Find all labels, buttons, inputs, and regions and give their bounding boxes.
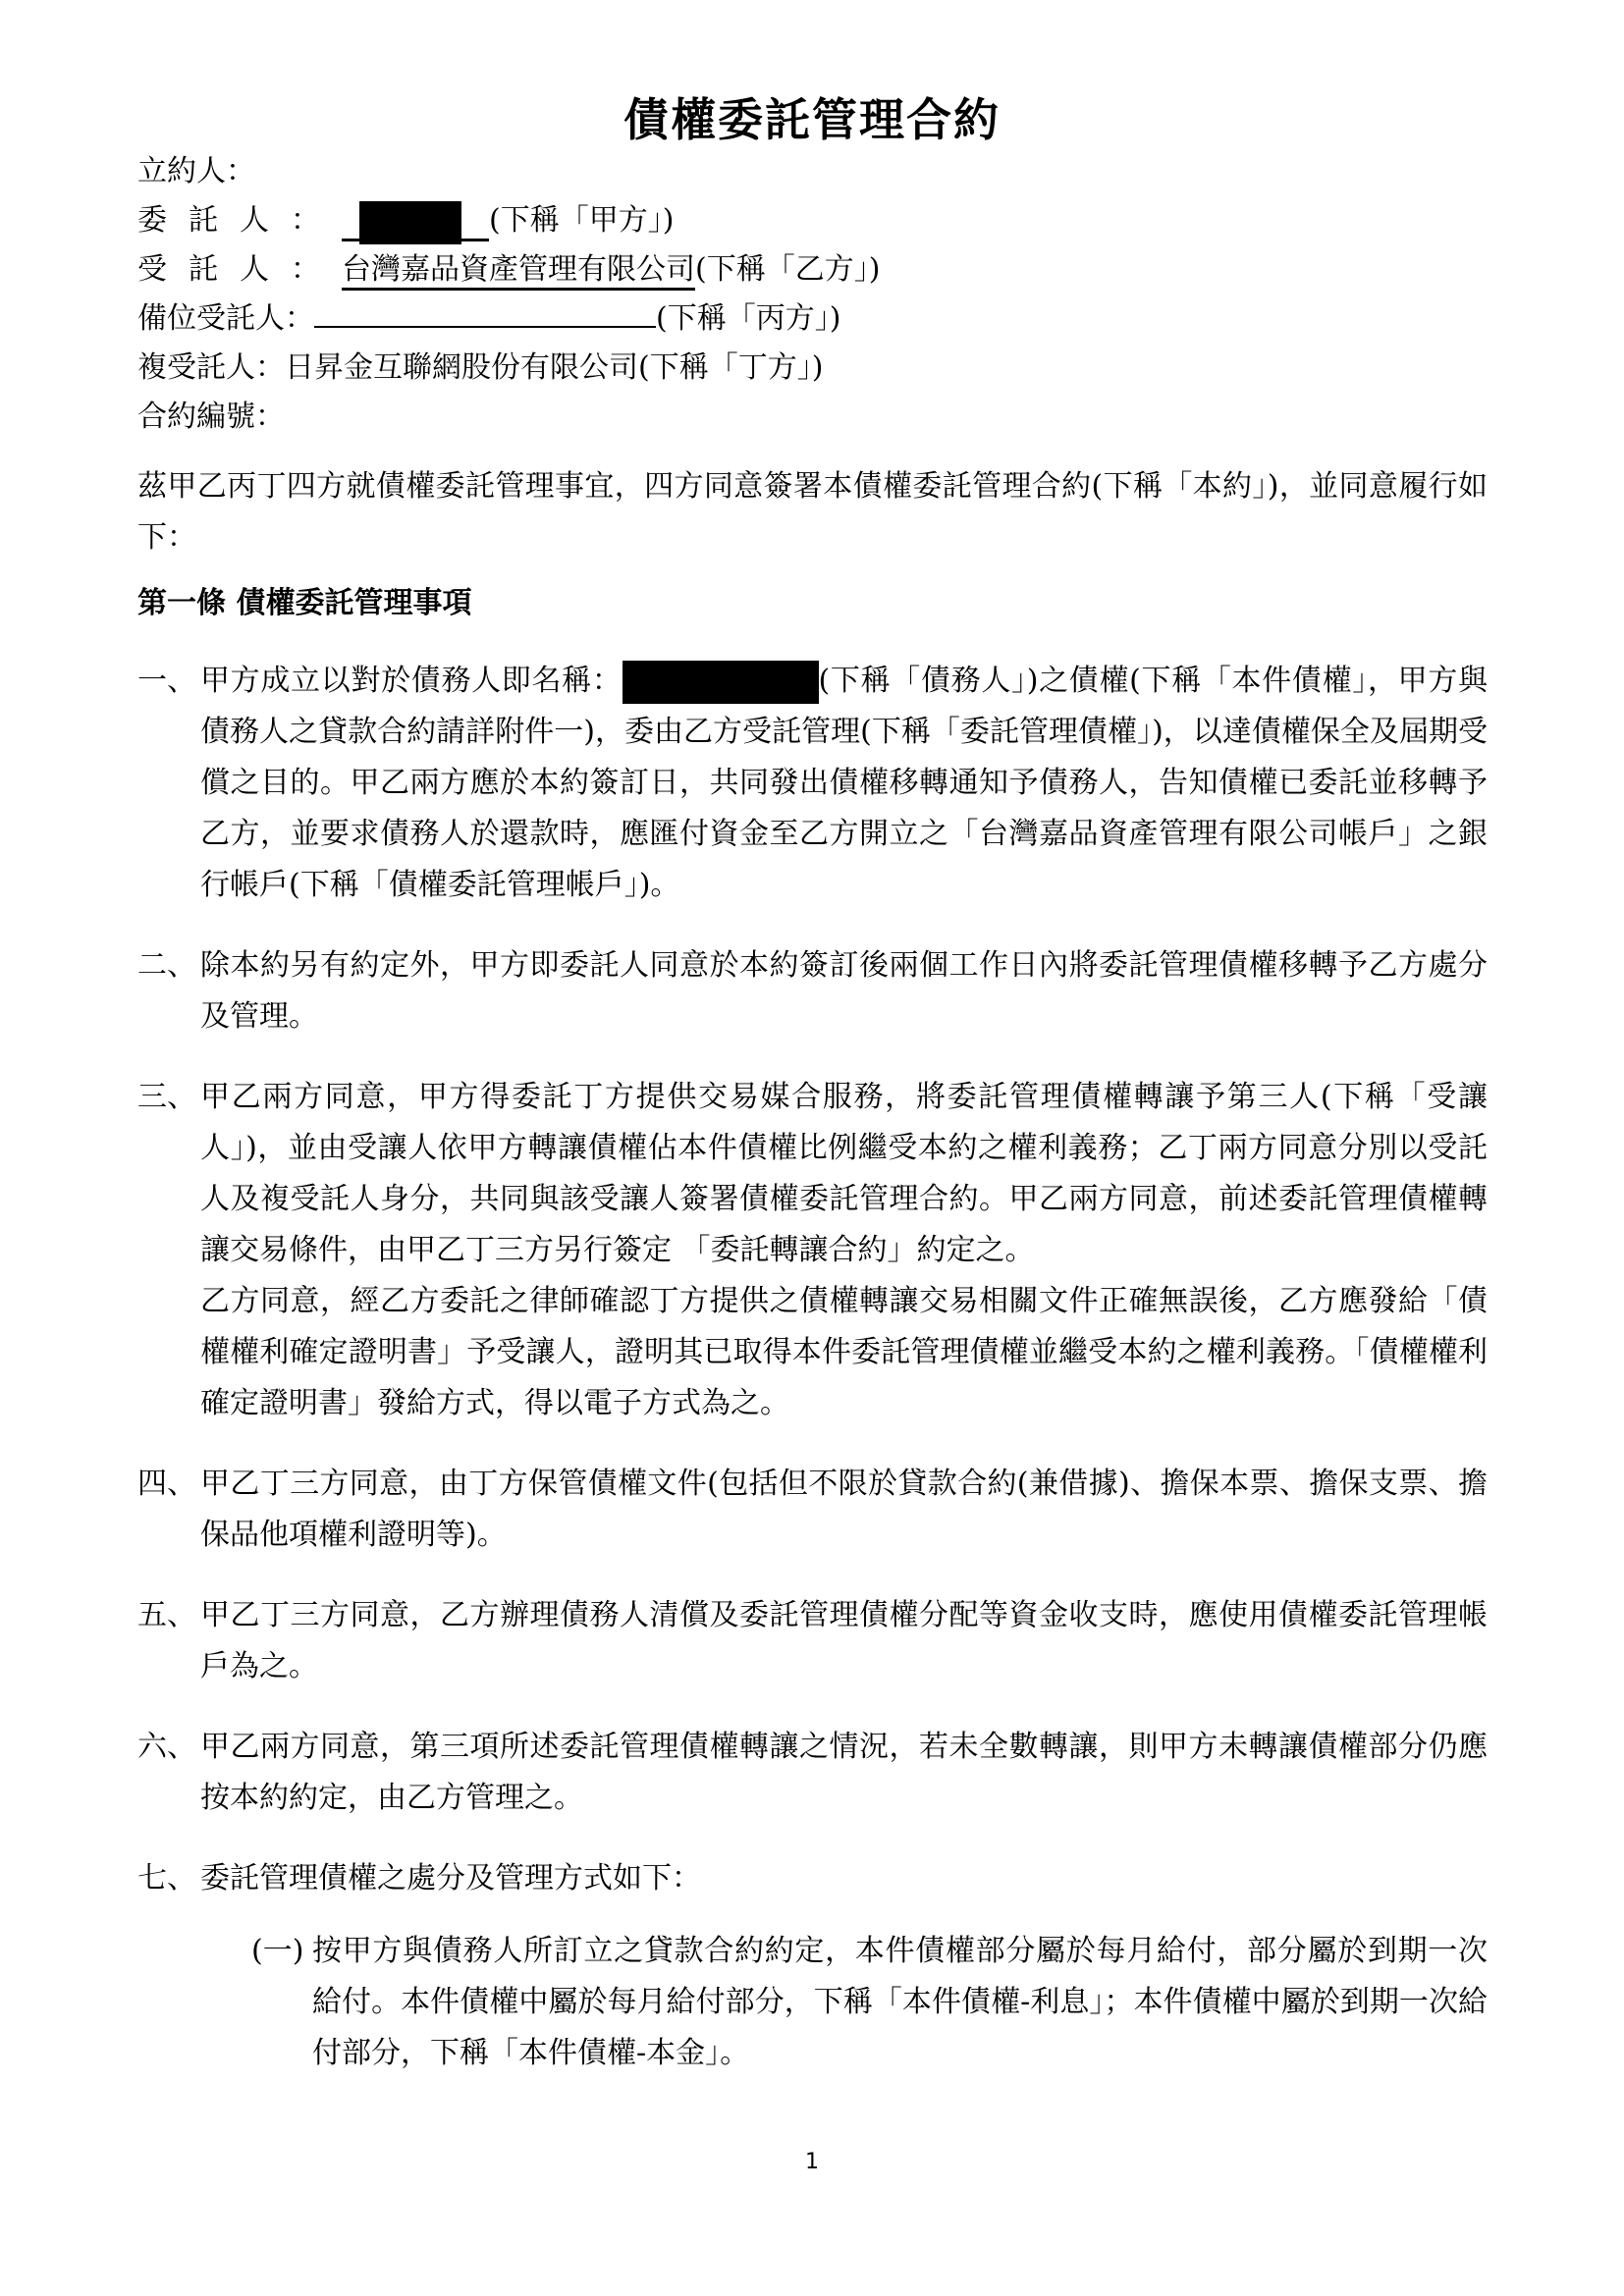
contract-number: 合約編號： <box>137 393 1492 442</box>
document-title: 債權委託管理合約 <box>0 90 1624 149</box>
document-page: 債權委託管理合約 立約人： 委託人： (下稱「甲方」) 受託人：台灣嘉品資產管理… <box>0 0 1624 2296</box>
principal-name-field <box>342 203 489 241</box>
clause-3-paragraph-2: 乙方同意，經乙方委託之律師確認丁方提供之債權轉讓交易相關文件正確無誤後，乙方應發… <box>200 1276 1488 1429</box>
clause-1-text-a: 甲方成立以對於債務人即名稱： <box>200 664 623 698</box>
clause-body: 甲乙兩方同意，第三項所述委託管理債權轉讓之情況，若未全數轉讓，則甲方未轉讓債權部… <box>200 1722 1488 1824</box>
clause-body: 甲乙丁三方同意，由丁方保管債權文件(包括但不限於貸款合約(兼借據)、擔保本票、擔… <box>200 1459 1488 1561</box>
parties-heading: 立約人： <box>137 147 1492 196</box>
article-1-clauses: 一、 甲方成立以對於債務人即名稱：(下稱「債務人」)之債權(下稱「本件債權」，甲… <box>137 656 1488 2079</box>
page-number: 1 <box>0 2150 1624 2174</box>
subitem-number: (一) <box>251 1926 312 2079</box>
party-sub-trustee: 複受託人：日昇金互聯網股份有限公司(下稱「丁方」) <box>137 344 1492 393</box>
clause-number: 三、 <box>137 1072 200 1429</box>
clause-4: 四、 甲乙丁三方同意，由丁方保管債權文件(包括但不限於貸款合約(兼借據)、擔保本… <box>137 1459 1488 1561</box>
trustee-name: 台灣嘉品資產管理有限公司 <box>342 252 695 291</box>
clause-number: 二、 <box>137 940 200 1042</box>
redaction-box <box>359 201 461 244</box>
clause-body: 甲乙丁三方同意，乙方辦理債務人清償及委託管理債權分配等資金收支時，應使用債權委託… <box>200 1590 1488 1692</box>
backup-trustee-label: 備位受託人： <box>137 294 314 344</box>
clause-7: 七、 委託管理債權之處分及管理方式如下： <box>137 1853 1488 1904</box>
clause-1-text-b: (下稱「債務人」)之債權(下稱「本件債權」，甲方與債務人之貸款合約請詳附件一)，… <box>200 664 1488 902</box>
principal-label: 委託人： <box>137 196 342 245</box>
parties-block: 立約人： 委託人： (下稱「甲方」) 受託人：台灣嘉品資產管理有限公司 (下稱「… <box>137 147 1492 442</box>
clause-7-subitem-1: (一) 按甲方與債務人所訂立之貸款合約約定，本件債權部分屬於每月給付，部分屬於到… <box>251 1926 1488 2079</box>
clause-number: 一、 <box>137 656 200 911</box>
intro-paragraph: 茲甲乙丙丁四方就債權委託管理事宜，四方同意簽署本債權委託管理合約(下稱「本約」)… <box>137 461 1488 563</box>
sub-trustee-suffix: (下稱「丁方」) <box>638 350 823 385</box>
clause-body: 甲方成立以對於債務人即名稱：(下稱「債務人」)之債權(下稱「本件債權」，甲方與債… <box>200 656 1488 911</box>
article-1-heading: 第一條 債權委託管理事項 <box>137 579 471 628</box>
clause-6: 六、 甲乙兩方同意，第三項所述委託管理債權轉讓之情況，若未全數轉讓，則甲方未轉讓… <box>137 1722 1488 1824</box>
contract-number-label: 合約編號： <box>137 393 285 442</box>
clause-3-paragraph-1: 甲乙兩方同意，甲方得委託丁方提供交易媒合服務，將委託管理債權轉讓予第三人(下稱「… <box>200 1072 1488 1276</box>
clause-number: 七、 <box>137 1853 200 1904</box>
parties-heading-label: 立約人： <box>137 154 255 188</box>
clause-5: 五、 甲乙丁三方同意，乙方辦理債務人清償及委託管理債權分配等資金收支時，應使用債… <box>137 1590 1488 1692</box>
subitem-body: 按甲方與債務人所訂立之貸款合約約定，本件債權部分屬於每月給付，部分屬於到期一次給… <box>312 1926 1488 2079</box>
clause-number: 六、 <box>137 1722 200 1824</box>
sub-trustee-name: 日昇金互聯網股份有限公司 <box>285 350 638 385</box>
trustee-suffix: (下稱「乙方」) <box>695 252 880 287</box>
backup-trustee-blank <box>314 296 656 328</box>
party-trustee: 受託人：台灣嘉品資產管理有限公司 (下稱「乙方」) <box>137 245 1492 294</box>
party-principal: 委託人： (下稱「甲方」) <box>137 196 1492 245</box>
clause-1: 一、 甲方成立以對於債務人即名稱：(下稱「債務人」)之債權(下稱「本件債權」，甲… <box>137 656 1488 911</box>
sub-trustee-label: 複受託人： <box>137 344 285 393</box>
clause-2: 二、 除本約另有約定外，甲方即委託人同意於本約簽訂後兩個工作日內將委託管理債權移… <box>137 940 1488 1042</box>
clause-number: 四、 <box>137 1459 200 1561</box>
party-backup-trustee: 備位受託人：(下稱「丙方」) <box>137 294 1492 344</box>
clause-3: 三、 甲乙兩方同意，甲方得委託丁方提供交易媒合服務，將委託管理債權轉讓予第三人(… <box>137 1072 1488 1429</box>
trustee-label: 受託人： <box>137 245 342 294</box>
clause-body: 除本約另有約定外，甲方即委託人同意於本約簽訂後兩個工作日內將委託管理債權移轉予乙… <box>200 940 1488 1042</box>
backup-trustee-suffix: (下稱「丙方」) <box>656 301 840 336</box>
clause-body: 委託管理債權之處分及管理方式如下： <box>200 1853 1488 1904</box>
clause-number: 五、 <box>137 1590 200 1692</box>
principal-suffix: (下稱「甲方」) <box>489 203 674 238</box>
redaction-box <box>623 661 819 704</box>
clause-body: 甲乙兩方同意，甲方得委託丁方提供交易媒合服務，將委託管理債權轉讓予第三人(下稱「… <box>200 1072 1488 1429</box>
